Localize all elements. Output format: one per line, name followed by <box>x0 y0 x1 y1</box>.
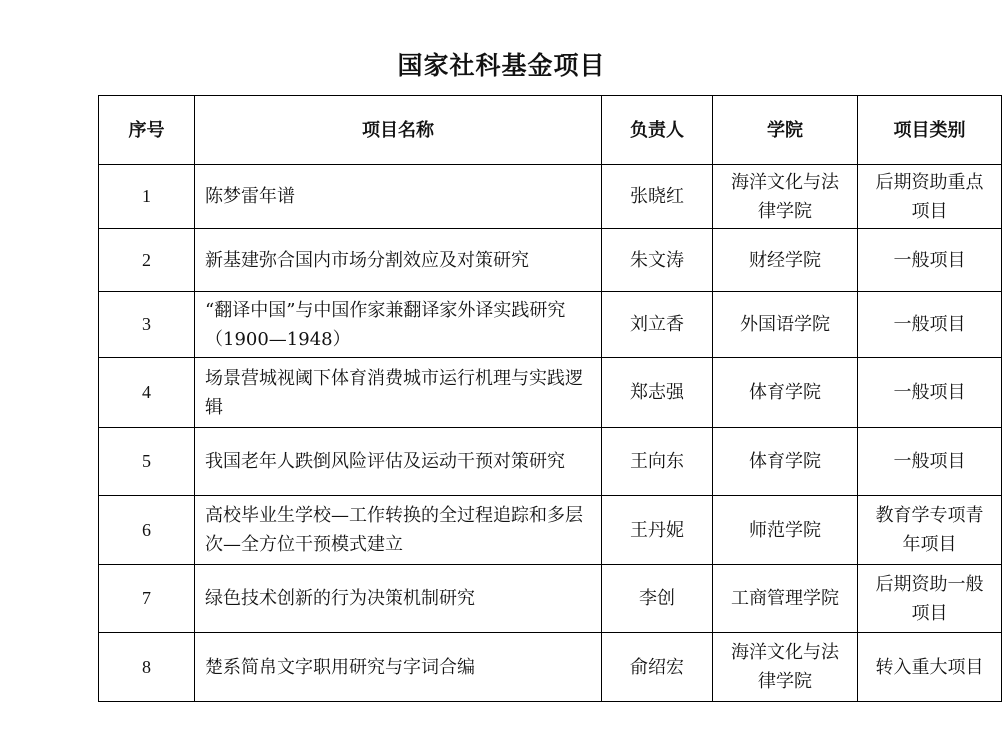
header-lead: 负责人 <box>602 96 713 165</box>
cell-name: “翻译中国”与中国作家兼翻译家外译实践研究（1900—1948） <box>195 292 602 358</box>
table-row: 3“翻译中国”与中国作家兼翻译家外译实践研究（1900—1948）刘立香外国语学… <box>99 292 1002 358</box>
cell-name: 场景营城视阈下体育消费城市运行机理与实践逻辑 <box>195 358 602 428</box>
table-row: 7绿色技术创新的行为决策机制研究李创工商管理学院后期资助一般项目 <box>99 565 1002 633</box>
cell-type: 一般项目 <box>858 229 1002 292</box>
cell-lead: 朱文涛 <box>602 229 713 292</box>
cell-no: 3 <box>99 292 195 358</box>
cell-lead: 俞绍宏 <box>602 633 713 702</box>
header-type: 项目类别 <box>858 96 1002 165</box>
cell-no: 5 <box>99 428 195 496</box>
table-header-row: 序号 项目名称 负责人 学院 项目类别 <box>99 96 1002 165</box>
cell-lead: 刘立香 <box>602 292 713 358</box>
projects-table: 序号 项目名称 负责人 学院 项目类别 1陈梦雷年谱张晓红海洋文化与法律学院后期… <box>98 95 1002 702</box>
cell-type: 一般项目 <box>858 292 1002 358</box>
cell-type: 后期资助重点项目 <box>858 165 1002 229</box>
cell-type: 一般项目 <box>858 358 1002 428</box>
table-row: 2新基建弥合国内市场分割效应及对策研究朱文涛财经学院一般项目 <box>99 229 1002 292</box>
table-row: 4场景营城视阈下体育消费城市运行机理与实践逻辑郑志强体育学院一般项目 <box>99 358 1002 428</box>
cell-no: 2 <box>99 229 195 292</box>
cell-type: 后期资助一般项目 <box>858 565 1002 633</box>
cell-name: 高校毕业生学校—工作转换的全过程追踪和多层次—全方位干预模式建立 <box>195 496 602 565</box>
cell-no: 4 <box>99 358 195 428</box>
header-name: 项目名称 <box>195 96 602 165</box>
cell-school: 体育学院 <box>713 428 858 496</box>
table-row: 1陈梦雷年谱张晓红海洋文化与法律学院后期资助重点项目 <box>99 165 1002 229</box>
cell-school: 外国语学院 <box>713 292 858 358</box>
table-row: 5我国老年人跌倒风险评估及运动干预对策研究王向东体育学院一般项目 <box>99 428 1002 496</box>
header-school: 学院 <box>713 96 858 165</box>
cell-school: 体育学院 <box>713 358 858 428</box>
cell-school: 海洋文化与法律学院 <box>713 633 858 702</box>
cell-type: 转入重大项目 <box>858 633 1002 702</box>
cell-name: 陈梦雷年谱 <box>195 165 602 229</box>
cell-lead: 王向东 <box>602 428 713 496</box>
cell-no: 8 <box>99 633 195 702</box>
cell-name: 新基建弥合国内市场分割效应及对策研究 <box>195 229 602 292</box>
cell-school: 财经学院 <box>713 229 858 292</box>
cell-name: 绿色技术创新的行为决策机制研究 <box>195 565 602 633</box>
cell-lead: 王丹妮 <box>602 496 713 565</box>
cell-type: 一般项目 <box>858 428 1002 496</box>
cell-no: 1 <box>99 165 195 229</box>
cell-type: 教育学专项青年项目 <box>858 496 1002 565</box>
cell-no: 6 <box>99 496 195 565</box>
page-title: 国家社科基金项目 <box>0 46 1003 82</box>
cell-lead: 郑志强 <box>602 358 713 428</box>
header-no: 序号 <box>99 96 195 165</box>
cell-lead: 张晓红 <box>602 165 713 229</box>
cell-no: 7 <box>99 565 195 633</box>
table-row: 6高校毕业生学校—工作转换的全过程追踪和多层次—全方位干预模式建立王丹妮师范学院… <box>99 496 1002 565</box>
table-row: 8楚系简帛文字职用研究与字词合编俞绍宏海洋文化与法律学院转入重大项目 <box>99 633 1002 702</box>
cell-school: 工商管理学院 <box>713 565 858 633</box>
cell-name: 我国老年人跌倒风险评估及运动干预对策研究 <box>195 428 602 496</box>
cell-school: 师范学院 <box>713 496 858 565</box>
cell-school: 海洋文化与法律学院 <box>713 165 858 229</box>
cell-lead: 李创 <box>602 565 713 633</box>
cell-name: 楚系简帛文字职用研究与字词合编 <box>195 633 602 702</box>
